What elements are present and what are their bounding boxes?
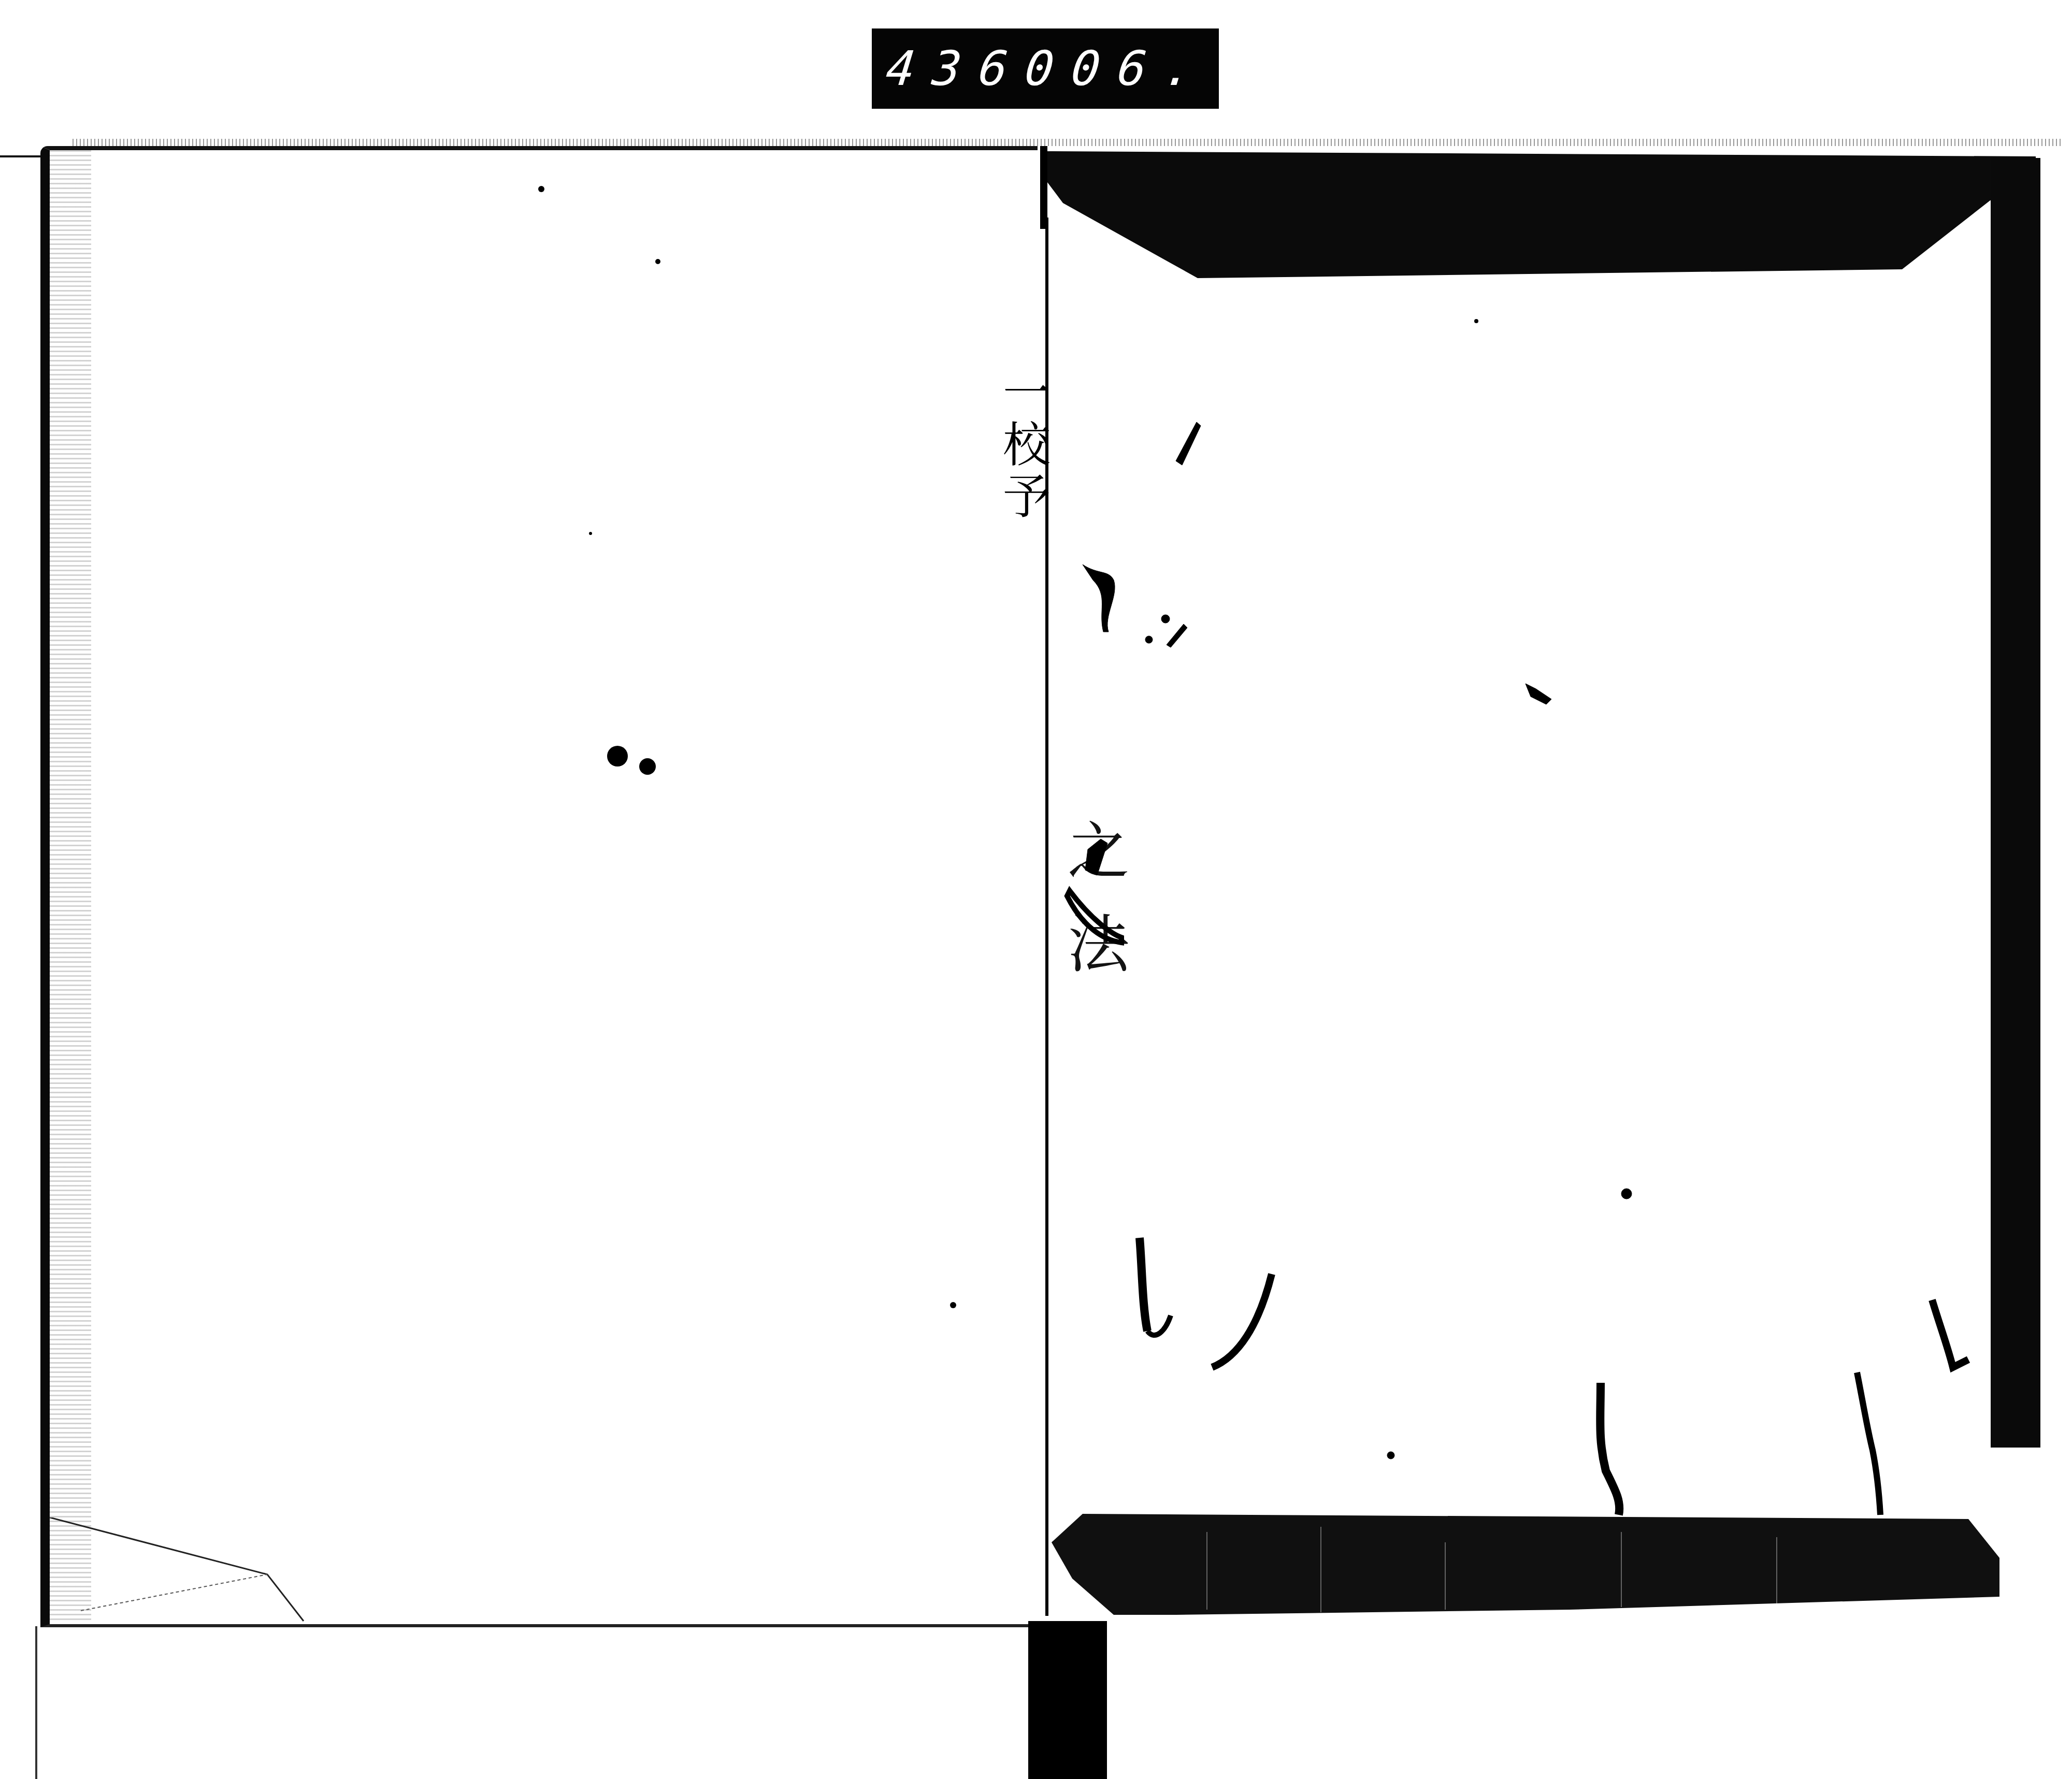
spine-top [1040,146,1047,229]
cover-right-border [1991,158,2040,1448]
reel-number: 436 [884,45,1028,93]
bleed-through-characters: 之法 [1057,818,1124,1005]
outer-page-edge [35,1626,37,1779]
handwritten-inscription: 一校予 [995,368,1046,523]
frame-counter-label: 436 006. [872,28,1219,109]
cover-bottom-border [1052,1511,1999,1624]
cover-top-border [1047,151,2036,278]
top-edge-noise [73,139,2062,146]
left-page-edge-shading [50,150,91,1621]
left-page [40,146,1038,1627]
folded-corner [50,1517,319,1626]
frame-number: 006. [1023,45,1213,93]
scanner-edge-line [0,155,47,157]
spine-bottom-stub [1028,1621,1107,1779]
